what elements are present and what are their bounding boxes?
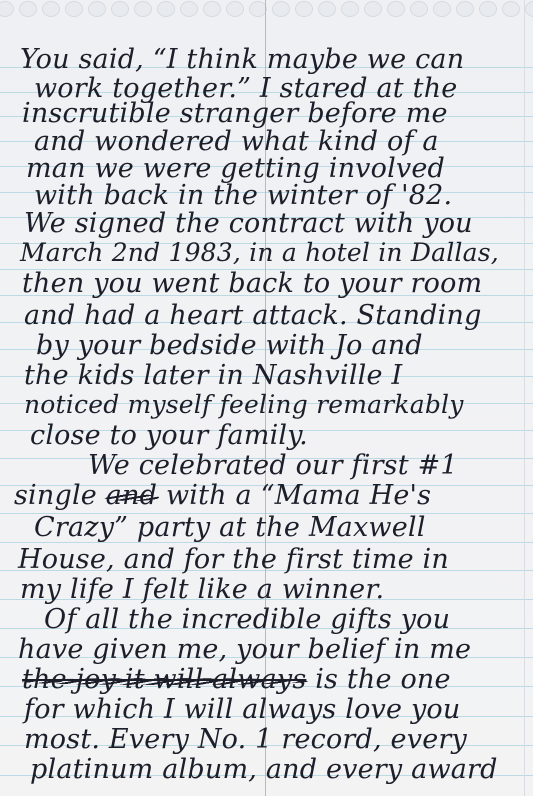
letter-line: the joy it will always is the one [22,664,451,695]
letter-line: close to your family. [30,420,308,451]
letter-line: my life I felt like a winner. [20,574,384,605]
letter-line: then you went back to your room [22,268,482,299]
letter-line: for which I will always love you [24,694,460,725]
handwritten-letter: You said, “I think maybe we can work tog… [0,0,533,796]
letter-line: Crazy” party at the Maxwell [34,512,426,543]
letter-line: by your bedside with Jo and [36,330,423,361]
notebook-page: You said, “I think maybe we can work tog… [0,0,533,796]
letter-line: have given me, your belief in me [18,634,471,665]
letter-line: platinum album, and every award [30,754,498,785]
letter-line: Of all the incredible gifts you [44,604,450,635]
letter-line: most. Every No. 1 record, every [24,724,467,755]
letter-line: We celebrated our first #1 [88,450,458,481]
letter-line: the kids later in Nashville I [24,360,402,391]
letter-line: and had a heart attack. Standing [24,300,482,331]
letter-line: You said, “I think maybe we can [20,44,464,75]
letter-line: single and with a “Mama He's [14,480,431,511]
letter-line: We signed the contract with you [24,208,473,239]
letter-line: March 2nd 1983, in a hotel in Dallas, [20,238,499,267]
crossed-out-phrase: the joy it will always [22,664,306,695]
letter-line: House, and for the first time in [18,544,449,575]
crossed-out-word: and [106,480,157,511]
letter-line: inscrutible stranger before me [22,98,448,129]
letter-line: noticed myself feeling remarkably [24,390,464,419]
letter-line: with back in the winter of '82. [34,180,452,211]
